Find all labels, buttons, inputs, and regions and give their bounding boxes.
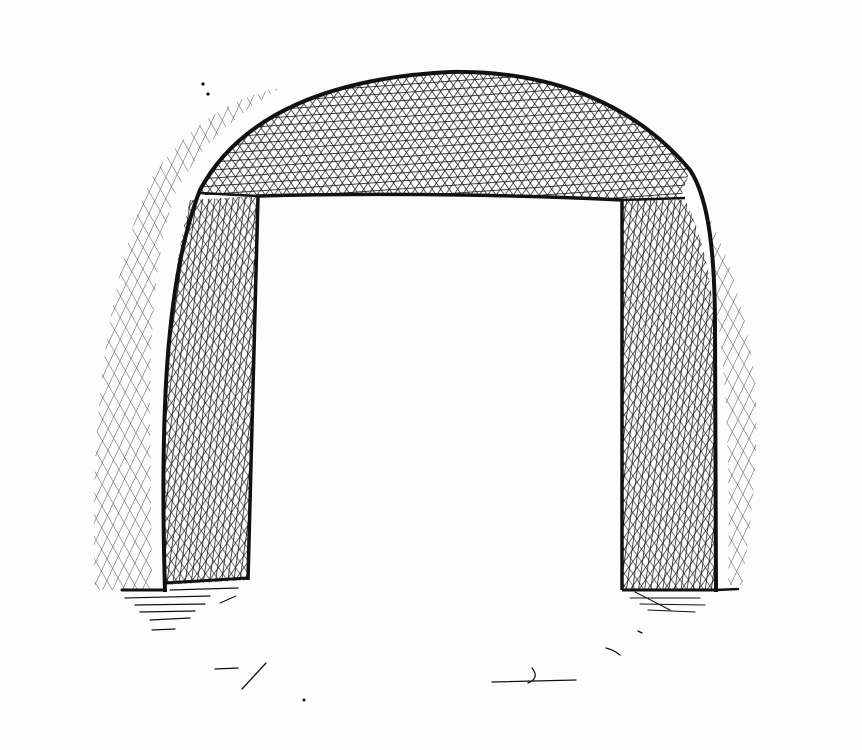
arch-drawing [0, 0, 862, 750]
arch-body [163, 72, 716, 592]
illustration-canvas [0, 0, 862, 750]
doorway-opening [262, 200, 618, 595]
